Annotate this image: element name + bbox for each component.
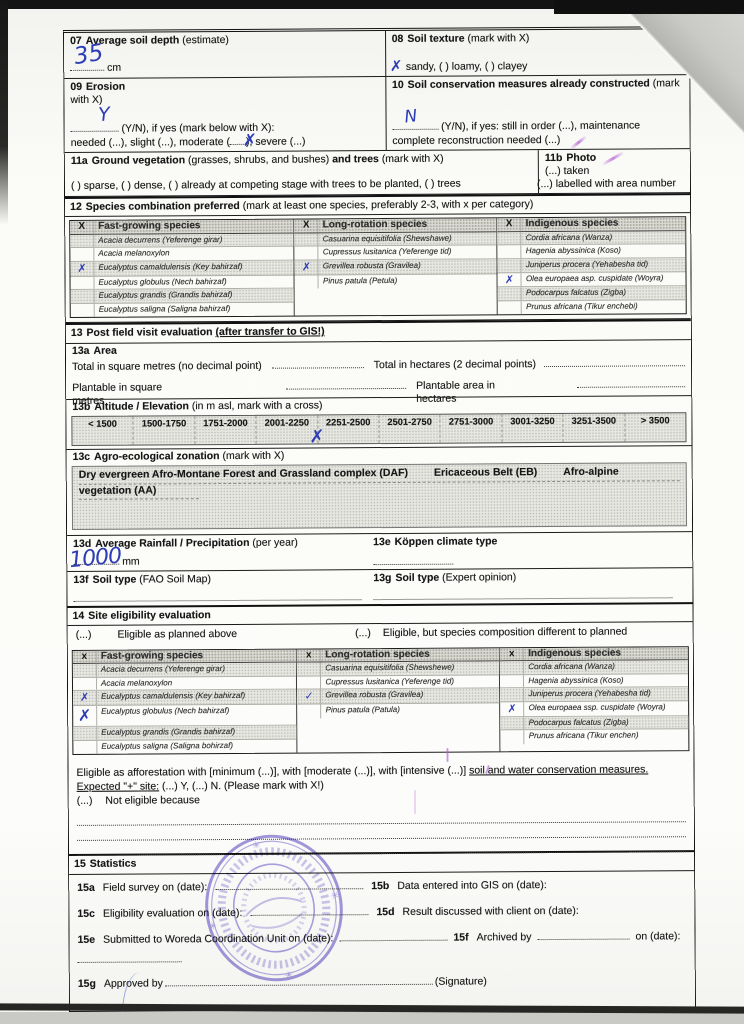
- species-name: Eucalyptus saligna (Saligna bohirzaf): [97, 740, 233, 754]
- handwritten-x-mark: [498, 259, 522, 272]
- field-number: 15g: [78, 978, 96, 991]
- yn-instruction: (Y/N), if yes: still in order (...), mai…: [441, 119, 640, 132]
- category-header: Long-rotation species: [321, 648, 430, 661]
- handwritten-x-mark: [498, 301, 522, 315]
- section-title: Species combination preferred: [86, 200, 240, 213]
- row-15c-15d: 15c Eligibility evaluation on (date): 15…: [77, 903, 686, 921]
- field-07-average-soil-depth: 07Average soil depth (estimate) cm 35: [64, 31, 385, 78]
- species-name: Pinus patula (Patula): [322, 704, 400, 718]
- handwritten-x-mark: [295, 247, 319, 260]
- erosion-severity-line: needed (...), slight (...), moderate (),…: [71, 134, 306, 150]
- field-number: 15a: [77, 881, 95, 894]
- species-name: Eucalyptus camaldulensis (Key bahirzaf): [97, 690, 245, 705]
- row-07-08: 07Average soil depth (estimate) cm 35 08…: [64, 29, 689, 79]
- handwritten-x-mark: [297, 676, 321, 689]
- field-hint: (estimate): [182, 34, 229, 46]
- band-label: 3001-3250: [510, 416, 555, 426]
- pen-streak: [414, 790, 416, 814]
- species-row: Acacia melanoxylon: [70, 247, 294, 262]
- checkbox-brackets: (...): [355, 627, 371, 643]
- field-number: 11b: [545, 152, 563, 164]
- dotted-blank: [578, 377, 686, 388]
- handwritten-x-mark: ✗: [498, 273, 522, 287]
- species-name: Cordia africana (Wanza): [524, 661, 615, 674]
- severity-options-a: needed (...), slight (...), moderate (: [71, 136, 230, 149]
- species-row: Eucalyptus saligna (Saligna bohirzaf): [73, 739, 297, 754]
- species-row: Prunus africana (Tikur enchebi): [498, 300, 686, 315]
- field-hint: (grasses, shrubs, and bushes): [188, 153, 329, 166]
- species-row: ✗ Eucalyptus globulus (Nech bahirzaf): [73, 705, 297, 727]
- scanner-edge-bottom-fill: [0, 1012, 744, 1024]
- field-hint: (mark with X): [467, 32, 529, 44]
- species-row: Podocarpus falcatus (Zigba): [498, 286, 686, 301]
- dotted-blank: [373, 554, 453, 564]
- handwritten-x-mark: ✗: [73, 691, 97, 705]
- dotted-blank: [537, 929, 629, 940]
- species-name: Prunus africana (Tikur enchen): [525, 730, 639, 744]
- signature-label: (Signature): [435, 975, 487, 988]
- label: Total in hectares (2 decimal points): [374, 358, 536, 372]
- zone-eb: Ericaceous Belt (EB): [434, 466, 537, 480]
- label: on (date):: [635, 930, 680, 943]
- mark-column-header: x: [500, 648, 524, 661]
- afforestation-eligibility-text: Eligible as afforestation with [minimum …: [68, 760, 693, 812]
- species-name: Casuarina equisitifolia (Shewshewe): [321, 662, 454, 675]
- band-label: 2001-2250: [265, 417, 310, 427]
- long-rotation-column: X Long-rotation species Casuarina equisi…: [295, 218, 499, 316]
- band-label: < 1500: [88, 418, 117, 428]
- dotted-blank: [544, 356, 685, 367]
- row-09-10: 09Erosion with X) (Y/N), if yes (mark be…: [64, 75, 689, 153]
- handwritten-x-mark: ✓: [298, 690, 322, 704]
- field-number: 15c: [77, 907, 95, 920]
- section-number: 15: [74, 858, 86, 870]
- species-row: Pinus patula (Patula): [298, 704, 500, 719]
- scanned-form-page: { "form_type": "afforestation-site-asses…: [0, 0, 744, 1024]
- fast-growing-column: x Fast-growing species Acacia decurrens …: [73, 649, 298, 754]
- species-name: Pinus patula (Petula): [319, 275, 397, 289]
- species-row: Acacia melanoxylon: [73, 676, 297, 691]
- section-title: Post field visit evaluation: [87, 327, 213, 340]
- section-number: 13: [71, 327, 83, 339]
- eligibility-text-plain2: (...) Y, (...) N. (Please mark with X!): [159, 779, 324, 792]
- species-name: Prunus africana (Tikur enchebi): [522, 300, 638, 314]
- label: Data entered into GIS on (date):: [397, 879, 546, 893]
- scanner-edge-left: [0, 0, 8, 225]
- field-09-erosion: 09Erosion with X) (Y/N), if yes (mark be…: [64, 77, 385, 152]
- section-14-table-wrap: x Fast-growing species Acacia decurrens …: [68, 644, 694, 764]
- altitude-band: 2751-3000: [441, 414, 503, 443]
- species-row: Hagenia abyssinica (Koso): [500, 674, 688, 689]
- field-title: Ground vegetation: [92, 154, 185, 167]
- altitude-bands-row: < 15001500-17501751-20002001-22502251-25…: [71, 412, 686, 446]
- altitude-band: 3001-3250: [502, 414, 564, 443]
- band-label: 2501-2750: [387, 416, 432, 426]
- column-header-row: X Fast-growing species: [70, 220, 294, 235]
- species-row: ✓ Grevillea robusta (Gravilea): [298, 689, 500, 705]
- field-hint: (in m asl, mark with a cross): [192, 399, 323, 412]
- handwritten-x-mark: [295, 275, 319, 289]
- handwritten-rainfall: 1000: [68, 543, 122, 575]
- handwritten-x-mark: [498, 287, 522, 300]
- species-row: Cupressus lusitanica (Yeferenge tid): [295, 246, 497, 261]
- field-number: 10: [392, 79, 404, 91]
- species-row: Eucalyptus grandis (Grandis bahirzaf): [71, 289, 295, 304]
- eligibility-text-plain: Eligible as afforestation with [minimum …: [77, 765, 470, 779]
- category-header: Fast-growing species: [94, 220, 200, 233]
- handwritten-x-mark: [71, 304, 95, 318]
- dotted-blank: [373, 588, 672, 600]
- band-label: 1500-1750: [142, 418, 187, 428]
- field-13e-koppen: 13eKöppen climate type: [367, 532, 692, 569]
- mark-column-header: x: [73, 650, 97, 663]
- handwritten-x-mark: ✗: [243, 131, 257, 152]
- handwritten-x-mark: [498, 246, 522, 259]
- species-row: Eucalyptus saligna (Saligna bahirzaf): [71, 302, 295, 317]
- altitude-band: > 3500: [625, 413, 686, 442]
- field-number: 15d: [376, 906, 394, 919]
- species-name: Eucalyptus grandis (Grandis bahirzaf): [97, 726, 235, 739]
- field-13b-altitude: 13bAltitude / Elevation (in m asl, mark …: [66, 396, 691, 450]
- column-header-row: x Long-rotation species: [297, 648, 499, 663]
- species-name: Acacia melanoxylon: [94, 248, 169, 261]
- row-11: 11aGround vegetation (grasses, shrubs, a…: [65, 149, 690, 197]
- species-row: Juniperus procera (Yehabesha tid): [500, 688, 688, 703]
- photo-labelled-option: (...) labelled with area number: [537, 178, 676, 192]
- area-line-1: Total in square metres (no decimal point…: [72, 356, 685, 374]
- label: Archived by: [477, 931, 532, 944]
- fast-growing-column: X Fast-growing species Acacia decurrens …: [70, 220, 295, 318]
- option-label: Eligible as planned above: [117, 628, 237, 645]
- handwritten-x-mark: [500, 675, 524, 688]
- species-name: Eucalyptus grandis (Grandis bahirzaf): [95, 289, 233, 302]
- field-title: Altitude / Elevation: [94, 400, 189, 413]
- handwritten-x-mark: [71, 276, 95, 289]
- handwritten-soil-depth: 35: [72, 39, 106, 72]
- band-label: > 3500: [641, 415, 670, 425]
- species-row: ✗ Olea europaea ssp. cuspidate (Woyra): [501, 701, 689, 717]
- species-name: Olea europaea asp. cuspidate (Woyra): [522, 272, 663, 287]
- handwritten-x-mark: ✗: [390, 57, 403, 76]
- form-body: 07Average soil depth (estimate) cm 35 08…: [63, 26, 696, 1011]
- handwritten-x-mark: ✗: [501, 702, 525, 716]
- mark-column-header: X: [498, 218, 522, 231]
- species-row: Podocarpus falcatus (Zigba): [501, 716, 689, 731]
- field-title: Soil type: [93, 573, 137, 585]
- field-title: Area: [93, 344, 116, 356]
- label: Total in square metres (no decimal point…: [72, 359, 262, 373]
- field-13g-soil-type-expert: 13gSoil type (Expert opinion): [367, 568, 692, 604]
- handwritten-x-mark: [501, 717, 525, 730]
- species-row: Casuarina equisitifolia (Shewshawe): [295, 232, 497, 247]
- species-table-preferred: X Fast-growing species Acacia decurrens …: [69, 216, 687, 318]
- section-number: 14: [73, 609, 85, 621]
- field-number: 15f: [453, 931, 468, 944]
- altitude-band: 1751-2000: [195, 416, 257, 445]
- handwritten-x-mark: [297, 663, 321, 676]
- species-row: ✗ Olea europaea asp. cuspidate (Woyra): [498, 272, 686, 288]
- species-name: Grevillea robusta (Gravilea): [322, 689, 424, 703]
- species-name: Acacia decurrens (Yeferenge girar): [94, 234, 222, 247]
- field-13a-area: 13aArea Total in square metres (no decim…: [66, 340, 691, 400]
- field-title: Soil type: [395, 571, 439, 583]
- handwritten-x-mark: [498, 232, 522, 245]
- stamp-inner-text: [237, 869, 311, 948]
- zone-daf: Dry evergreen Afro-Montane Forest and Gr…: [79, 467, 408, 482]
- species-row: Acacia decurrens (Yeferenge girar): [73, 663, 297, 678]
- species-name: Acacia decurrens (Yeferenge girar): [97, 663, 225, 676]
- options-text: sandy, ( ) loamy, ( ) clayey: [406, 60, 528, 73]
- field-hint: (FAO Soil Map): [139, 573, 211, 585]
- option-label: Eligible, but species composition differ…: [383, 625, 627, 642]
- field-number: 13b: [72, 400, 90, 412]
- dotted-blank: [78, 952, 182, 963]
- column-header-row: X Long-rotation species: [295, 218, 497, 233]
- species-name: Grevillea robusta (Gravilea): [319, 260, 421, 274]
- handwritten-x-mark: ✗: [295, 260, 319, 274]
- zonation-options-box: Dry evergreen Afro-Montane Forest and Gr…: [72, 462, 687, 530]
- field-number: 13a: [72, 344, 90, 356]
- species-name: Podocarpus falcatus (Zigba): [525, 716, 629, 729]
- handwritten-x-mark: [73, 664, 97, 677]
- species-name: Podocarpus falcatus (Zigba): [522, 287, 626, 300]
- section-title: Statistics: [90, 858, 137, 870]
- not-eligible-writein-lines: [69, 811, 694, 857]
- photo-taken-option: (...) taken: [545, 164, 684, 178]
- row-15e-cont: [78, 949, 687, 963]
- handwritten-x-mark: [73, 727, 97, 740]
- species-row: Acacia decurrens (Yeferenge girar): [70, 233, 294, 248]
- zone-aa: Afro-alpine: [563, 465, 619, 478]
- field-number: 13g: [373, 572, 391, 584]
- field-hint: (Expert opinion): [442, 571, 516, 583]
- species-row: Juniperus procera (Yehabesha tid): [498, 258, 686, 273]
- band-label: 2751-3000: [449, 416, 494, 426]
- species-name: Hagenia abyssinica (Koso): [522, 245, 621, 258]
- mark-column-header: X: [70, 221, 94, 234]
- altitude-band: 2251-2500: [318, 415, 380, 444]
- field-number: 13f: [73, 573, 88, 585]
- field-number: 15b: [371, 880, 389, 893]
- soil-texture-options: sandy, ( ) loamy, ( ) clayey: [392, 60, 528, 74]
- category-header: Fast-growing species: [97, 650, 203, 663]
- field-title: Erosion: [86, 81, 125, 93]
- species-row: Cupressus lusitanica (Yeferenge tid): [297, 675, 499, 690]
- field-13c-agro-zonation: 13cAgro-ecological zonation (mark with X…: [67, 446, 693, 536]
- field-number: 13c: [73, 450, 91, 462]
- species-name: Eucalyptus camaldulensis (Key bahirzaf): [94, 261, 242, 276]
- handwritten-x-mark: [73, 741, 97, 755]
- handwritten-x-mark: [500, 689, 524, 702]
- scanner-edge-top-right: [554, 0, 744, 14]
- field-title2: and trees: [332, 153, 379, 165]
- species-name: Eucalyptus saligna (Saligna bahirzaf): [95, 303, 231, 317]
- species-name: Juniperus procera (Yehabesha tid): [524, 688, 650, 701]
- category-header: Long-rotation species: [319, 219, 428, 232]
- section-12-body: X Fast-growing species Acacia decurrens …: [65, 213, 691, 323]
- species-name: Juniperus procera (Yehabesha tid): [522, 258, 648, 271]
- dotted-blank: [287, 379, 407, 390]
- altitude-band: 1500-1750: [134, 416, 196, 445]
- altitude-band: 2501-2750: [379, 414, 441, 443]
- handwritten-x-mark: [70, 248, 94, 261]
- species-row: ✗ Grevillea robusta (Gravilea): [295, 259, 497, 275]
- row-15a-15b: 15a Field survey on (date): 15b Data ent…: [77, 877, 686, 895]
- dotted-blank: [71, 122, 119, 132]
- species-row: Casuarina equisitifolia (Shewshewe): [297, 662, 499, 677]
- field-hint: (mark with X): [222, 449, 284, 461]
- dotted-blank: [73, 590, 361, 602]
- field-title: Soil conservation measures already const…: [408, 77, 650, 90]
- dotted-blank: [272, 358, 364, 369]
- band-label: 1751-2000: [203, 418, 248, 428]
- row-13f-13g: 13fSoil type (FAO Soil Map) 13gSoil type…: [67, 568, 692, 608]
- section-number: 12: [70, 201, 82, 213]
- field-hint2: (mark with X): [382, 153, 444, 165]
- pen-streak: [446, 748, 449, 762]
- column-header-row: x Indigenous species: [500, 647, 688, 662]
- section-15-body: 15a Field survey on (date): 15b Data ent…: [69, 871, 695, 1011]
- category-header: Indigenous species: [524, 647, 621, 660]
- handwritten-x-mark: ✗: [73, 706, 97, 726]
- species-row: Hagenia abyssinica (Koso): [498, 245, 686, 260]
- handwritten-x-mark: [298, 705, 322, 719]
- row-15g: 15g Approved by (Signature): [78, 973, 687, 991]
- zone-aa-cont: vegetation (AA): [79, 484, 199, 500]
- species-row: Eucalyptus globulus (Nech bahirzaf): [71, 275, 295, 290]
- species-name: Eucalyptus globulus (Nech bahirzaf): [97, 705, 229, 726]
- handwritten-erosion-yn: Y: [98, 104, 111, 129]
- folded-corner: [616, 0, 744, 134]
- mark-column-header: X: [295, 220, 319, 233]
- species-row: Cordia africana (Wanza): [500, 660, 688, 675]
- species-row: Pinus patula (Petula): [295, 274, 497, 289]
- handwritten-x-mark: ✗: [70, 262, 94, 276]
- species-name: Cupressus lusitanica (Yeferenge tid): [319, 246, 452, 259]
- handwritten-x-mark: [71, 290, 95, 303]
- not-eligible-label: Not eligible because: [105, 794, 200, 807]
- species-name: Olea europaea ssp. cuspidate (Woyra): [525, 701, 666, 716]
- species-row: ✗ Eucalyptus camaldulensis (Key bahirzaf…: [73, 690, 297, 706]
- field-title: Agro-ecological zonation: [94, 450, 219, 463]
- handwritten-x-mark: [73, 678, 97, 691]
- band-label: 3251-3500: [572, 415, 617, 425]
- altitude-band: < 1500: [72, 416, 134, 445]
- stamp-star: ✳: [284, 970, 295, 983]
- category-header: Indigenous species: [522, 218, 619, 231]
- conservation-line2: complete reconstruction needed (...): [392, 134, 560, 148]
- field-title-cont: with X): [70, 92, 379, 107]
- dotted-line: [77, 826, 686, 842]
- row-13d-13e: 13dAverage Rainfall / Precipitation (per…: [67, 532, 692, 572]
- label: Result discussed with client on (date):: [402, 905, 578, 919]
- checkbox-brackets: (...): [76, 629, 92, 645]
- species-row: Cordia africana (Wanza): [498, 231, 686, 246]
- unit-label: mm: [122, 556, 140, 568]
- handwritten-x-mark: [295, 233, 319, 246]
- field-number: 13e: [373, 536, 391, 548]
- handwritten-x-mark: [70, 235, 94, 248]
- species-row: ✗ Eucalyptus camaldulensis (Key bahirzaf…: [70, 261, 294, 277]
- unit-label: cm: [107, 62, 121, 74]
- species-table-eligibility: x Fast-growing species Acacia decurrens …: [72, 646, 690, 755]
- field-number: 09: [70, 81, 82, 93]
- field-13d-rainfall: 13dAverage Rainfall / Precipitation (per…: [67, 534, 367, 571]
- species-name: Hagenia abyssinica (Koso): [524, 674, 623, 687]
- stamp-star: ✳: [251, 840, 262, 853]
- section-hint: (after transfer to GIS!): [215, 326, 324, 339]
- field-title: Photo: [566, 152, 596, 164]
- stamp-star: ✳: [208, 920, 219, 933]
- section-hint: (mark at least one species, preferably 2…: [243, 198, 534, 212]
- field-number: 08: [392, 33, 404, 45]
- zone-line: Dry evergreen Afro-Montane Forest and Gr…: [79, 465, 680, 485]
- handwritten-x-mark: [501, 731, 525, 745]
- dotted-line: [77, 811, 686, 827]
- field-hint: (per year): [252, 536, 298, 548]
- field-11a-ground-vegetation: 11aGround vegetation (grasses, shrubs, a…: [65, 150, 538, 196]
- checkbox-brackets: (...): [77, 794, 93, 806]
- species-name: Acacia melanoxylon: [97, 677, 172, 690]
- species-row: Eucalyptus grandis (Grandis bahirzaf): [73, 726, 297, 741]
- band-label: 2251-2500: [326, 417, 371, 427]
- field-title: Köppen climate type: [395, 535, 498, 548]
- field-number: 11a: [71, 155, 88, 167]
- indigenous-column: x Indigenous species Cordia africana (Wa…: [500, 647, 688, 752]
- species-name: Casuarina equisitifolia (Shewshawe): [319, 232, 452, 245]
- altitude-band: 3251-3500: [564, 413, 626, 442]
- species-name: Cordia africana (Wanza): [522, 231, 613, 244]
- long-rotation-column: x Long-rotation species Casuarina equisi…: [297, 648, 501, 753]
- species-name: Eucalyptus globulus (Nech bahirzaf): [95, 276, 227, 289]
- column-header-row: X Indigenous species: [498, 217, 686, 232]
- field-title: Soil texture: [407, 33, 464, 45]
- column-header-row: x Fast-growing species: [73, 649, 297, 664]
- row-15e-15f: 15e Submitted to Woreda Coordination Uni…: [78, 929, 687, 947]
- field-13f-soil-type-fao: 13fSoil type (FAO Soil Map): [67, 570, 367, 606]
- mark-column-header: x: [297, 649, 321, 662]
- section-title: Site eligibility evaluation: [88, 609, 211, 622]
- species-name: Cupressus lusitanica (Yeferenge tid): [321, 675, 454, 688]
- field-number: 15e: [78, 934, 96, 947]
- conservation-yn-line: (Y/N), if yes: still in order (...), mai…: [392, 118, 640, 134]
- handwritten-conservation-yn: N: [403, 106, 418, 129]
- species-row: Prunus africana (Tikur enchen): [501, 730, 689, 745]
- handwritten-x-mark: [500, 661, 524, 674]
- handwritten-altitude-mark: ✗: [309, 426, 324, 449]
- indigenous-column: X Indigenous species Cordia africana (Wa…: [498, 217, 686, 314]
